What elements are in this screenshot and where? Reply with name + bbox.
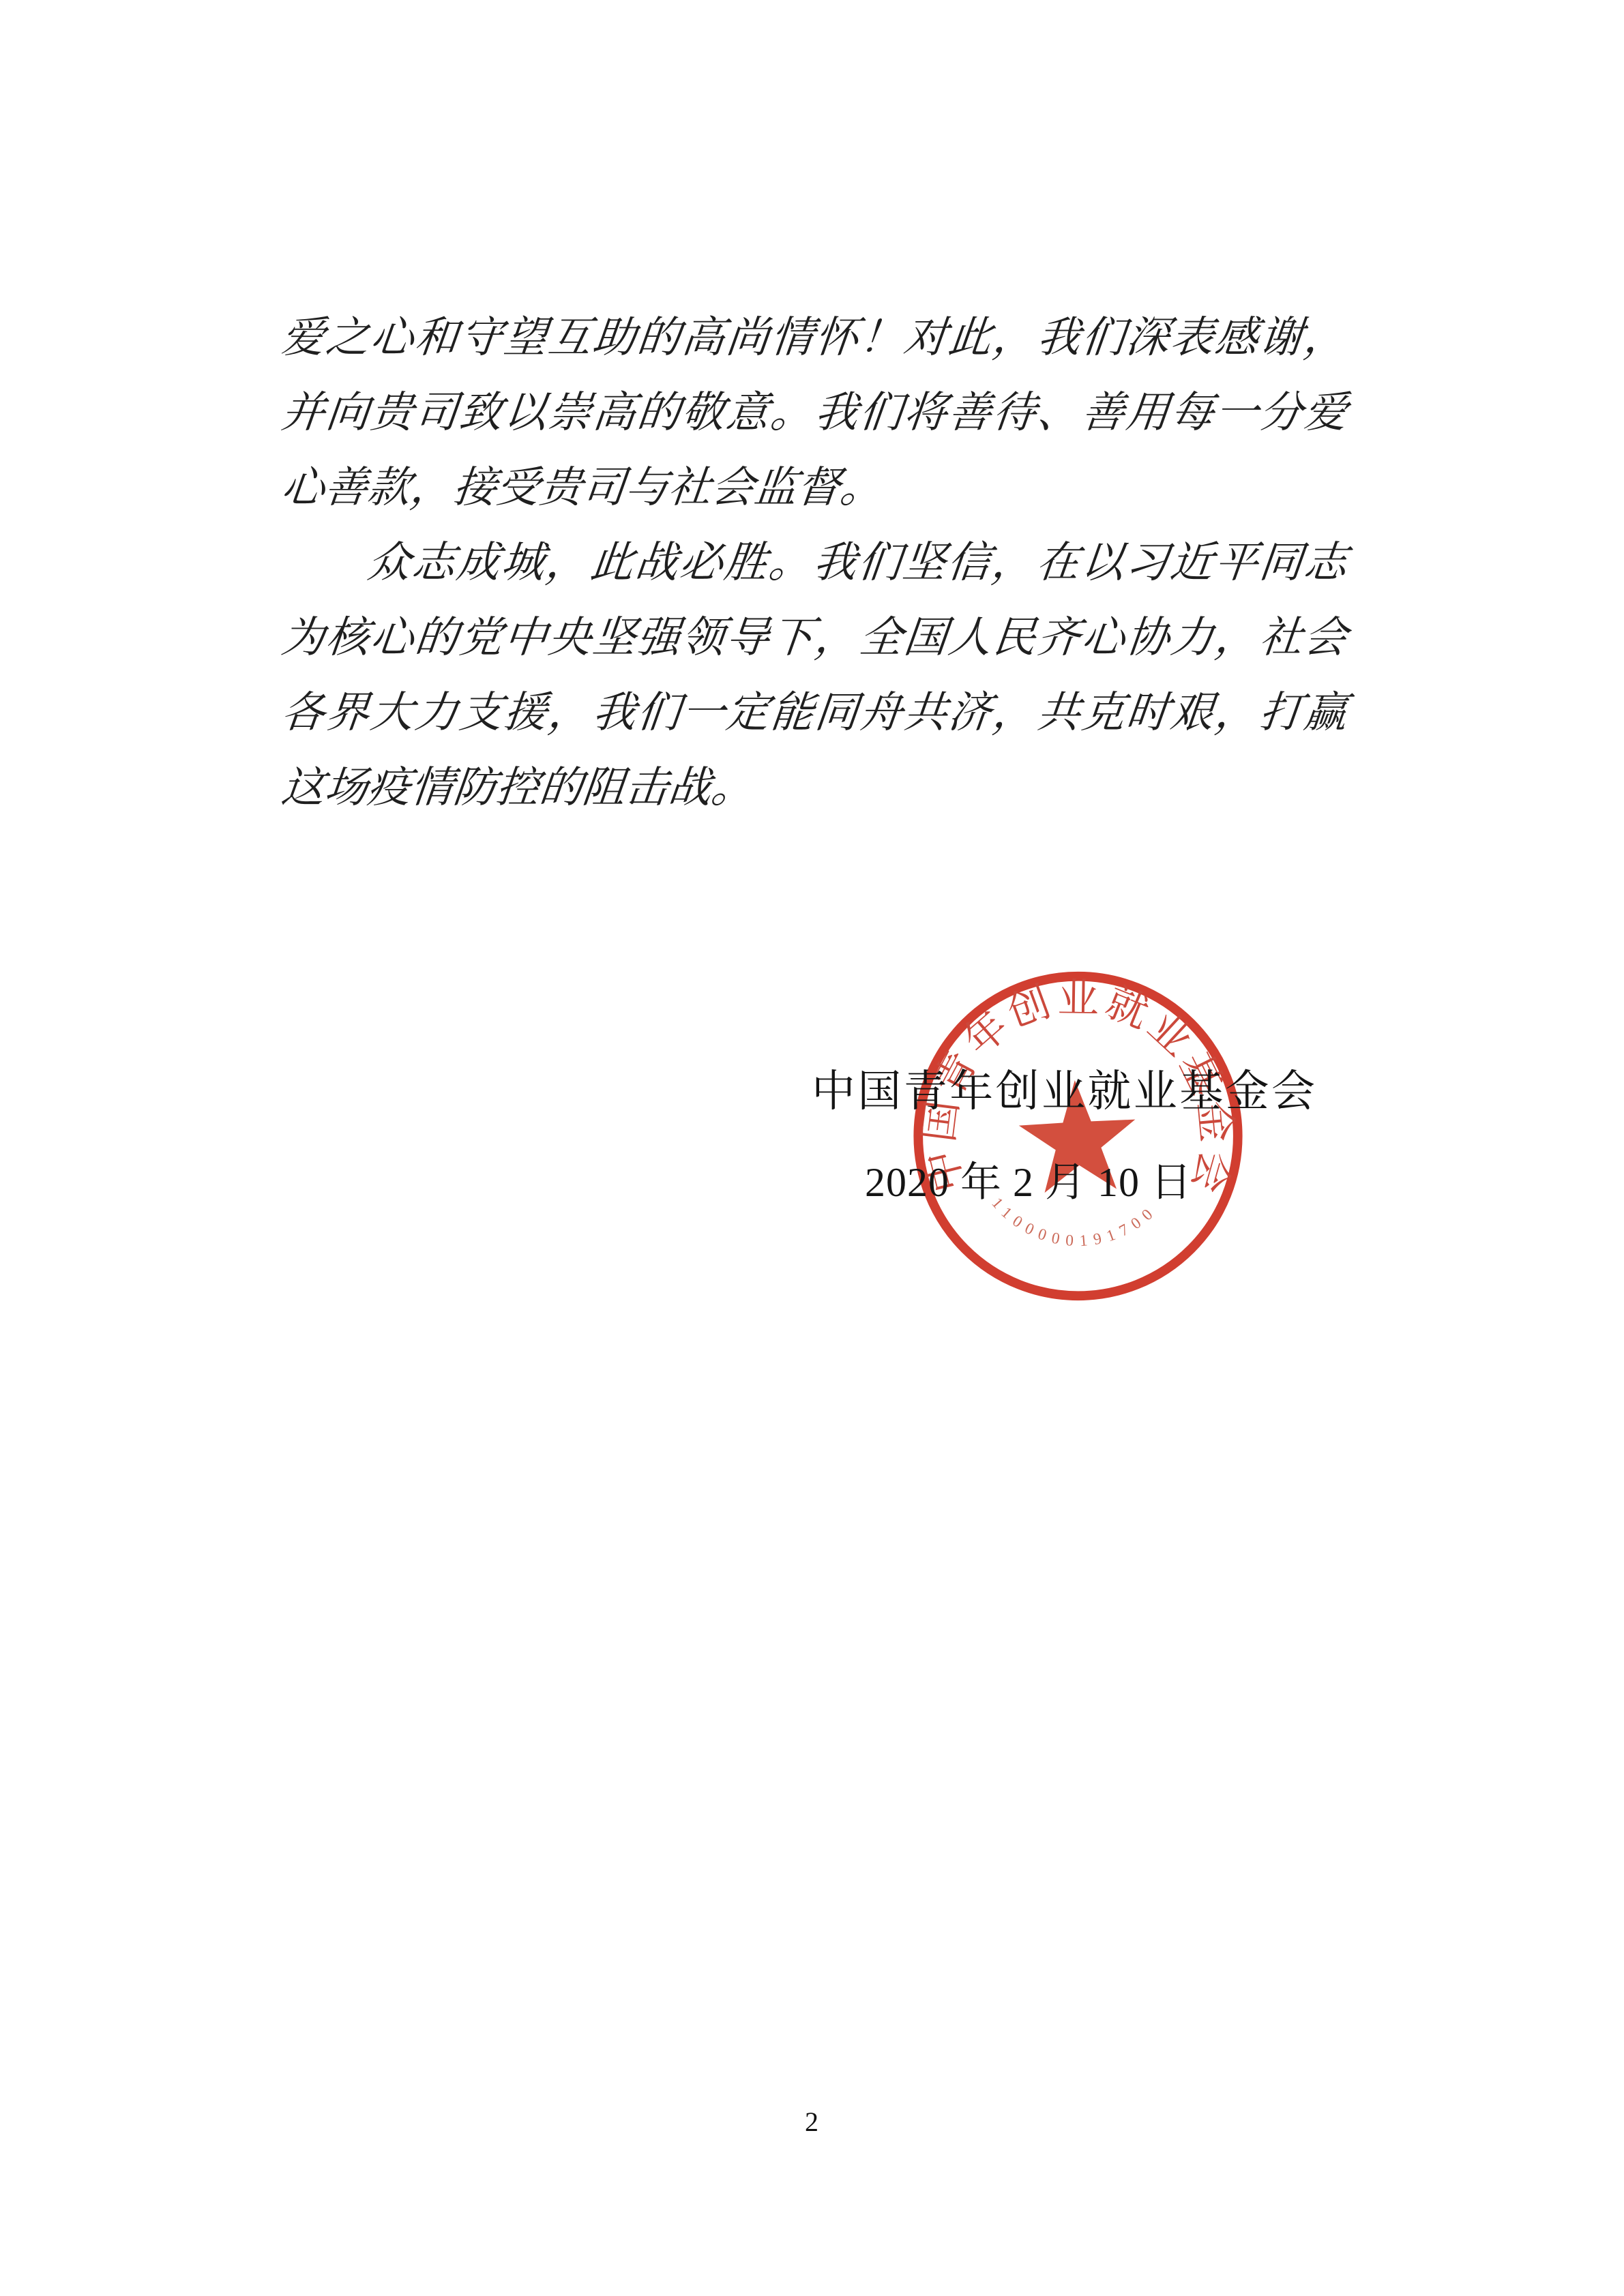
page-number: 2 (771, 2102, 853, 2143)
body-line: 这场疫情防控的阻击战。 (278, 750, 1351, 825)
body-line: 心善款，接受贵司与社会监督。 (278, 450, 1351, 525)
body-line: 众志成城，此战必胜。我们坚信，在以习近平同志 (278, 525, 1351, 600)
document-page: 爱之心和守望互助的高尚情怀！对此，我们深表感谢， 并向贵司致以崇高的敬意。我们将… (0, 0, 1624, 2296)
letter-body: 爱之心和守望互助的高尚情怀！对此，我们深表感谢， 并向贵司致以崇高的敬意。我们将… (282, 300, 1347, 825)
official-seal-stamp: 中国青年创业就业基金会 1100000191700 (906, 970, 1250, 1302)
body-line: 并向贵司致以崇高的敬意。我们将善待、善用每一分爱 (278, 375, 1351, 450)
signature-org-name: 中国青年创业就业基金会 (812, 1061, 1316, 1122)
body-line: 爱之心和守望互助的高尚情怀！对此，我们深表感谢， (278, 300, 1351, 375)
body-line: 为核心的党中央坚强领导下，全国人民齐心协力，社会 (278, 600, 1351, 675)
date-line: 2020 年 2 月 10 日 (865, 1152, 1247, 1212)
body-line: 各界大力支援，我们一定能同舟共济，共克时艰，打赢 (278, 675, 1351, 750)
